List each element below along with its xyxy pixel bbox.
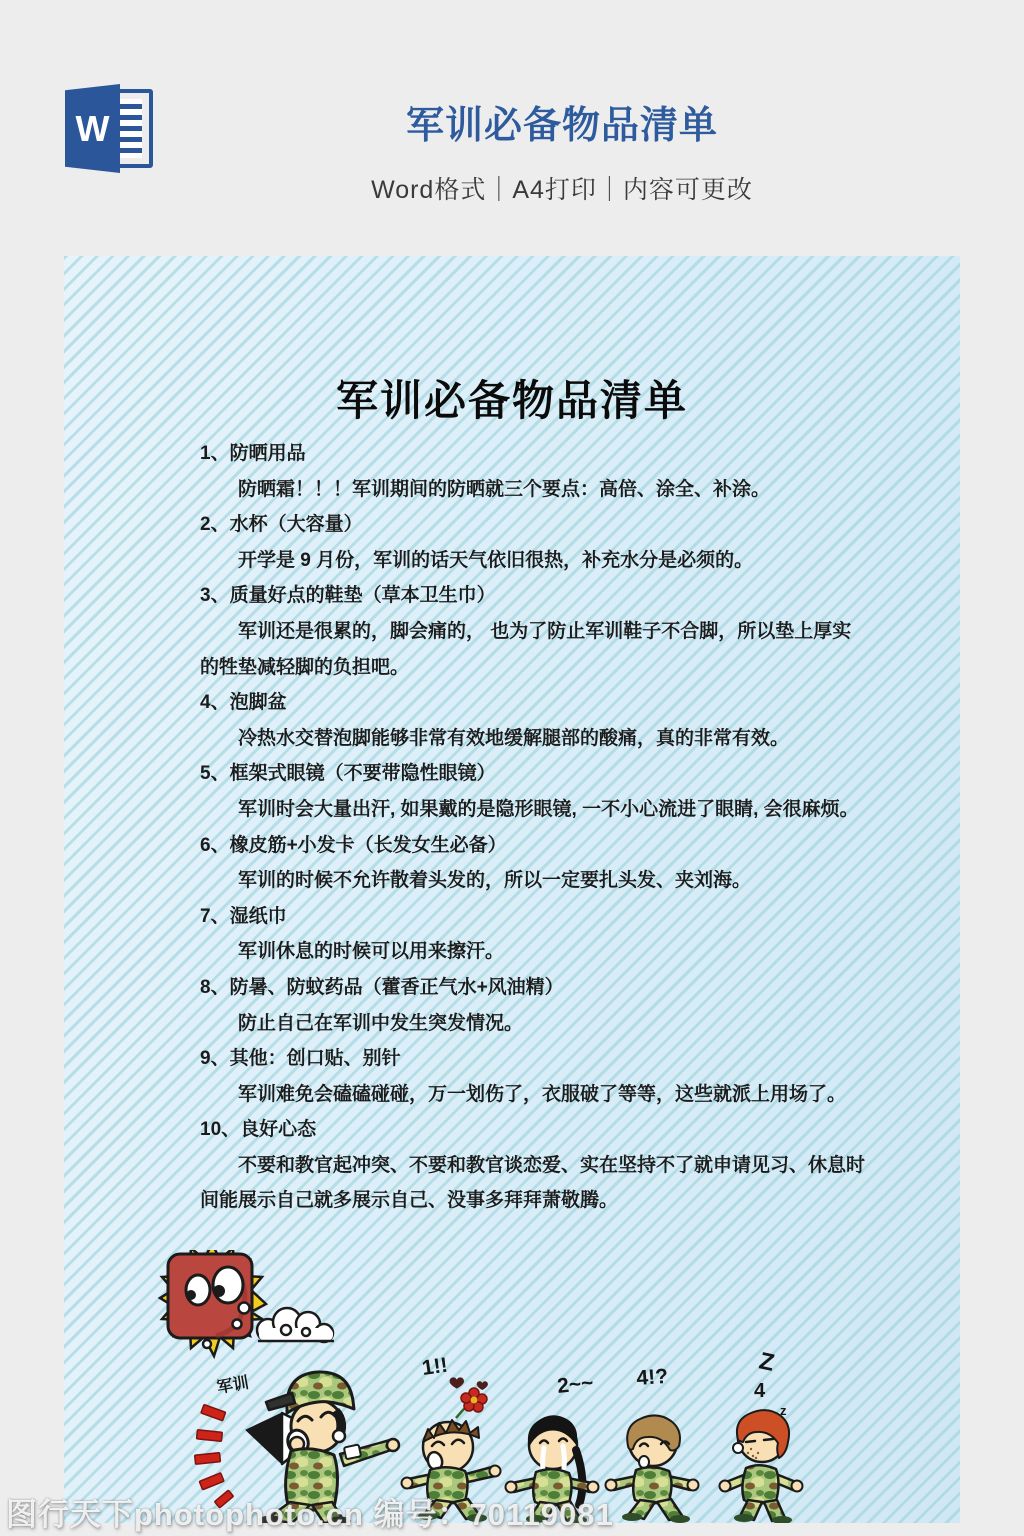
kid1-label: 1!!	[420, 1354, 449, 1380]
doc-item-heading: 2、水杯（大容量）	[200, 507, 900, 543]
header-text: 军训必备物品清单 Word格式｜A4打印｜内容可更改	[100, 94, 1024, 206]
doc-item-heading: 1、防晒用品	[200, 436, 900, 472]
doc-item-text: 冷热水交替泡脚能够非常有效地缓解腿部的酸痛，真的非常有效。	[200, 721, 900, 757]
doc-item-text: 防止自己在军训中发生突发情况。	[200, 1006, 900, 1042]
kid4-z-top: Z	[757, 1347, 777, 1376]
kid-bob-hair: 4!?	[606, 1365, 699, 1523]
doc-item-text: 军训还是很累的，脚会痛的， 也为了防止军训鞋子不合脚，所以垫上厚实	[200, 614, 900, 650]
doc-item-text: 军训的时候不允许散着头发的，所以一定要扎头发、夹刘海。	[200, 863, 900, 899]
doc-item-heading: 4、泡脚盆	[200, 685, 900, 721]
kid4-z-mid: 4	[754, 1380, 766, 1402]
cloud-icon	[257, 1308, 334, 1342]
doc-item-text: 军训时会大量出汗, 如果戴的是隐形眼镜, 一不小心流进了眼睛, 会很麻烦。	[200, 792, 900, 828]
doc-item-heading: 10、良好心态	[200, 1112, 900, 1148]
junxun-flag-label: 军训	[215, 1373, 250, 1397]
template-title: 军训必备物品清单	[100, 94, 1024, 149]
doc-item-text: 的牲垫减轻脚的负担吧。	[200, 650, 900, 686]
kid3-label: 4!?	[636, 1365, 669, 1390]
doc-item-text: 军训难免会磕磕碰碰，万一划伤了，衣服破了等等，这些就派上用场了。	[200, 1077, 900, 1113]
kid-sleepy: Z 4 z	[720, 1347, 803, 1523]
sun-icon	[160, 1250, 266, 1356]
doc-item-heading: 8、防暑、防蚊药品（藿香正气水+风油精）	[200, 970, 900, 1006]
military-training-cartoon: 军训	[140, 1250, 960, 1523]
doc-item-text: 开学是 9 月份，军训的话天气依旧很热，补充水分是必须的。	[200, 543, 900, 579]
document-title: 军训必备物品清单	[64, 368, 960, 428]
doc-item-text: 不要和教官起冲突、不要和教官谈恋爱、实在坚持不了就申请见习、休息时	[200, 1148, 900, 1184]
doc-item-heading: 6、橡皮筋+小发卡（长发女生必备）	[200, 828, 900, 864]
document-preview-panel: 军训必备物品清单 1、防晒用品防晒霜！！！军训期间的防晒就三个要点：高倍、涂全、…	[64, 256, 960, 1523]
doc-lines: 1、防晒用品防晒霜！！！军训期间的防晒就三个要点：高倍、涂全、补涂。2、水杯（大…	[200, 436, 900, 1219]
doc-item-text: 防晒霜！！！军训期间的防晒就三个要点：高倍、涂全、补涂。	[200, 472, 900, 508]
doc-item-text: 间能展示自己就多展示自己、没事多拜拜萧敬腾。	[200, 1183, 900, 1219]
kid2-label: 2~~	[556, 1371, 594, 1398]
doc-item-heading: 9、其他：创口贴、别针	[200, 1041, 900, 1077]
template-format-info: Word格式｜A4打印｜内容可更改	[100, 170, 1024, 206]
doc-item-text: 军训休息的时候可以用来擦汗。	[200, 934, 900, 970]
site-watermark: 图行天下photophoto.cn 编号：70119081	[6, 1489, 614, 1534]
template-preview-page: { "header": { "icon_letter": "W", "title…	[0, 0, 1024, 1536]
doc-item-heading: 3、质量好点的鞋垫（草本卫生巾）	[200, 578, 900, 614]
doc-item-heading: 7、湿纸巾	[200, 899, 900, 935]
doc-item-heading: 5、框架式眼镜（不要带隐性眼镜）	[200, 756, 900, 792]
preview-header: W 军训必备物品清单 Word格式｜A4打印｜内容可更改	[0, 0, 1024, 256]
